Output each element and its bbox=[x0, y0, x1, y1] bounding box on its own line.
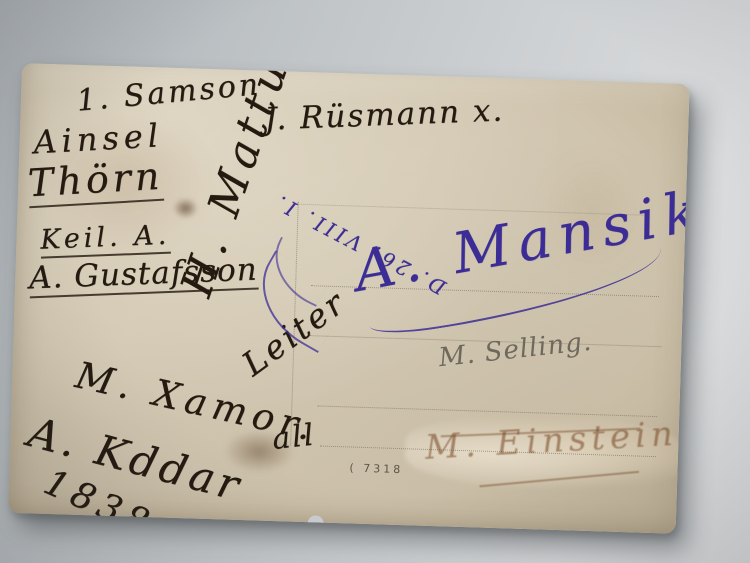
signature-rusmann: J. Rüsmann x. bbox=[264, 93, 505, 136]
signature-thorn: Thörn bbox=[27, 156, 165, 208]
address-line bbox=[317, 405, 657, 417]
photo-background: 1. Samson Ainsel Thörn Keil. A. A. Gusta… bbox=[0, 0, 750, 563]
faded-ink-streak bbox=[479, 471, 639, 487]
postcard: 1. Samson Ainsel Thörn Keil. A. A. Gusta… bbox=[8, 63, 690, 534]
signature-selling-pencil: M. Selling. bbox=[437, 328, 593, 373]
printed-serial-number: ( 7318 bbox=[349, 461, 403, 476]
paper-chip bbox=[308, 515, 324, 525]
signature-einstein-faded: M. Einstein bbox=[424, 416, 679, 467]
signature-keil: Keil. A. bbox=[40, 221, 171, 259]
